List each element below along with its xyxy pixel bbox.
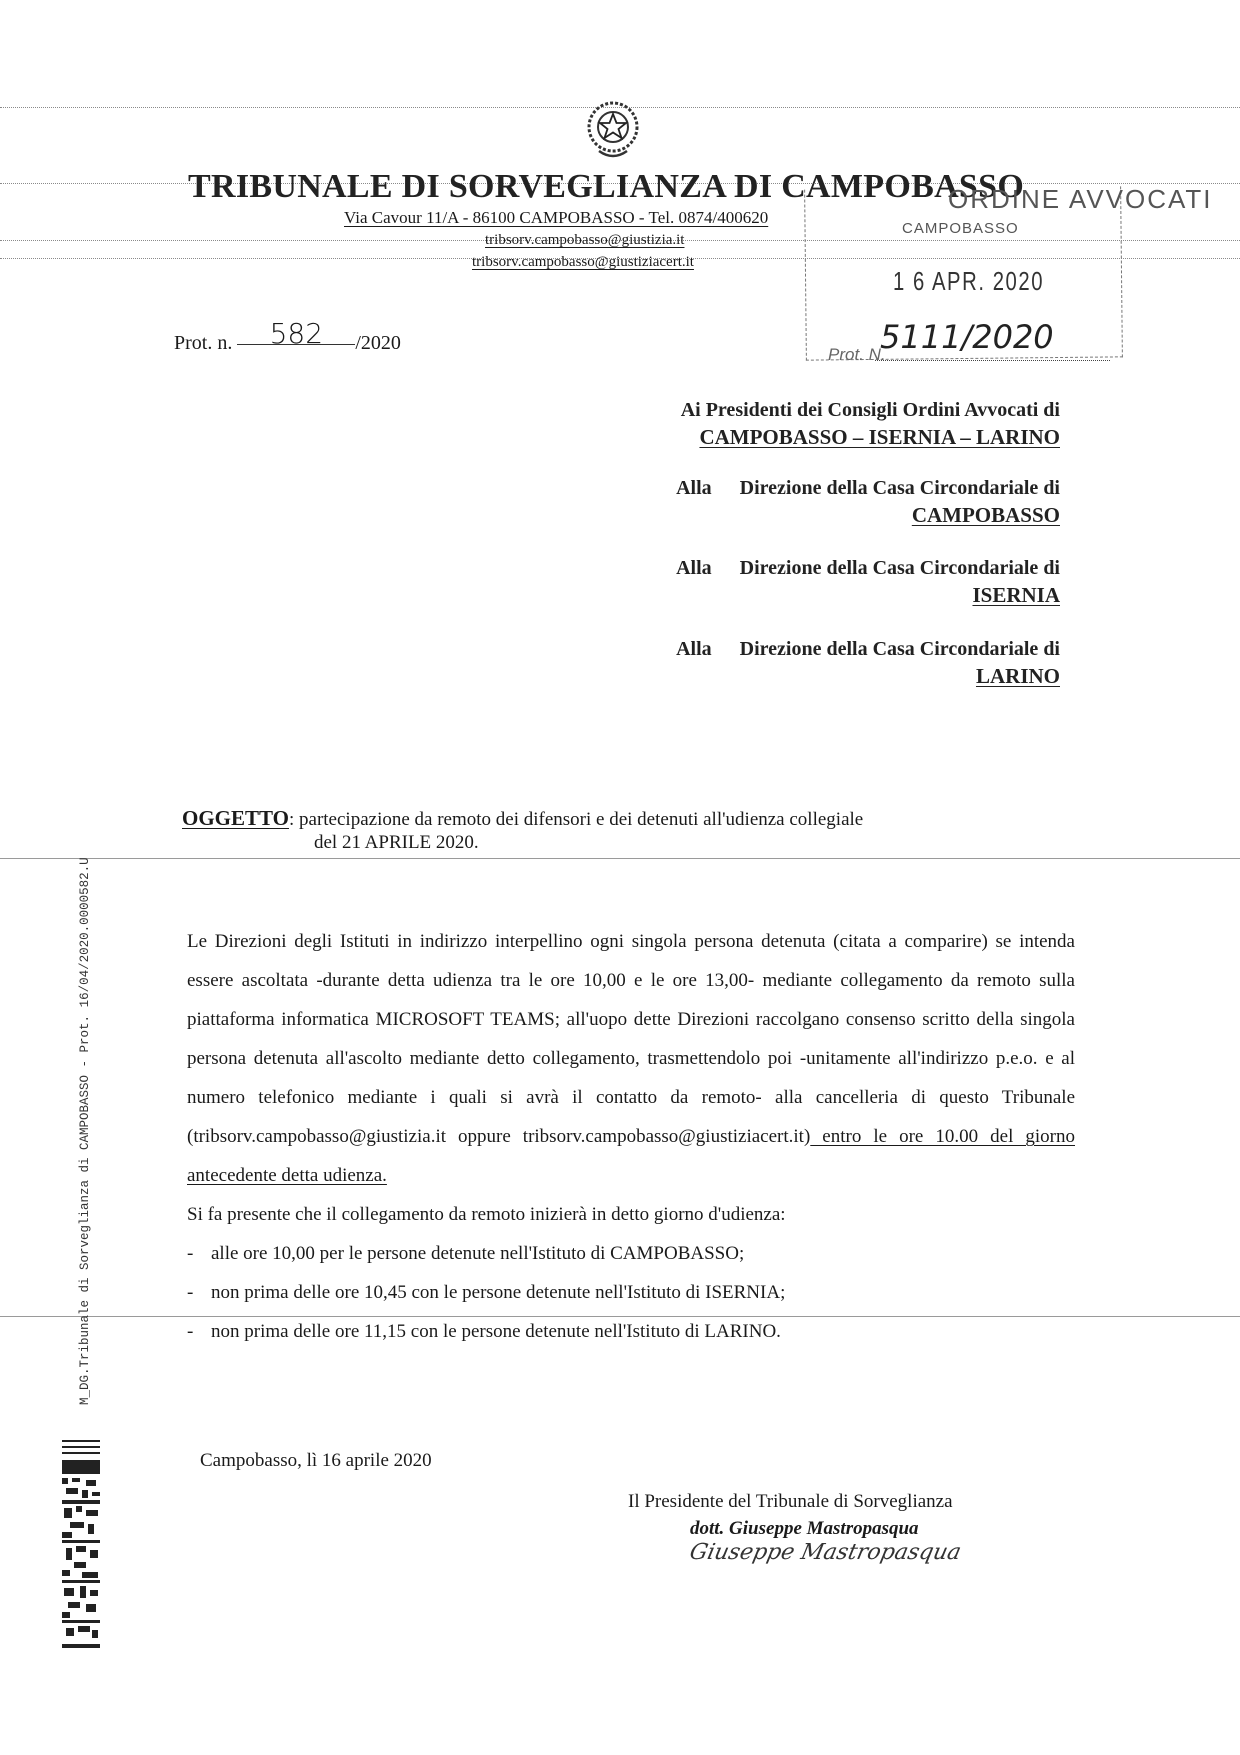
emblem-icon [585, 97, 641, 163]
subject-text-cont: del 21 APRILE 2020. [182, 831, 863, 854]
protocol-number: Prot. n. 582/2020 [174, 330, 401, 355]
recipient-city: CAMPOBASSO [676, 502, 1060, 529]
stamp-city: CAMPOBASSO [902, 220, 1019, 237]
stamp-dotted-line [875, 360, 1110, 361]
body-paragraph: Le Direzioni degli Istituti in indirizzo… [187, 922, 1075, 1195]
court-pec[interactable]: tribsorv.campobasso@giustiziacert.it [472, 254, 694, 271]
recipient-prefix: Alla [676, 475, 712, 502]
recipient-line: Direzione della Casa Circondariale di [740, 557, 1060, 579]
recipient-line: Direzione della Casa Circondariale di [740, 638, 1060, 660]
recipient-line: Ai Presidenti dei Consigli Ordini Avvoca… [681, 397, 1060, 424]
subject: OGGETTO: partecipazione da remoto dei di… [182, 807, 863, 854]
scan-line [0, 858, 1240, 859]
datamatrix-barcode-icon [62, 1440, 100, 1650]
schedule-item: non prima delle ore 11,15 con le persone… [187, 1312, 1075, 1351]
instructions-text: Le Direzioni degli Istituti in indirizzo… [187, 931, 1075, 1147]
place-and-date: Campobasso, lì 16 aprile 2020 [200, 1450, 432, 1472]
signatory-role: Il Presidente del Tribunale di Sorveglia… [628, 1491, 953, 1513]
subject-label: OGGETTO [182, 806, 289, 830]
stamp-org: ORDINE AVVOCATI [948, 184, 1213, 215]
letter-body: Le Direzioni degli Istituti in indirizzo… [187, 922, 1075, 1351]
court-email[interactable]: tribsorv.campobasso@giustizia.it [485, 232, 684, 249]
schedule-item: non prima delle ore 10,45 con le persone… [187, 1273, 1075, 1312]
handwritten-signature: Giuseppe Mastropasqua [687, 1540, 963, 1565]
recipient-city: ISERNIA [676, 582, 1060, 609]
registry-stamp-text: M_DG.Tribunale di Sorveglianza di CAMPOB… [78, 857, 92, 1405]
recipient-city: CAMPOBASSO – ISERNIA – LARINO [681, 424, 1060, 451]
recipient-city: LARINO [676, 663, 1060, 690]
body-paragraph: Si fa presente che il collegamento da re… [187, 1195, 1075, 1234]
stamp-date: 1 6 APR. 2020 [893, 266, 1044, 297]
court-address: Via Cavour 11/A - 86100 CAMPOBASSO - Tel… [344, 208, 768, 228]
recipient-prison-isernia: AllaDirezione della Casa Circondariale d… [676, 555, 1060, 609]
stamp-prot-label: Prot. N. [828, 345, 886, 365]
recipient-prison-larino: AllaDirezione della Casa Circondariale d… [676, 636, 1060, 690]
recipient-prefix: Alla [676, 636, 712, 663]
stamp-prot-number: 5111/2020 [880, 318, 1054, 356]
protocol-year: /2020 [355, 332, 401, 354]
recipient-prison-campobasso: AllaDirezione della Casa Circondariale d… [676, 475, 1060, 529]
signatory-name: dott. Giuseppe Mastropasqua [690, 1518, 919, 1540]
recipient-prefix: Alla [676, 555, 712, 582]
protocol-value: 582 [237, 324, 355, 345]
recipient-bar-councils: Ai Presidenti dei Consigli Ordini Avvoca… [681, 397, 1060, 451]
schedule-item: alle ore 10,00 per le persone detenute n… [187, 1234, 1075, 1273]
protocol-label: Prot. n. [174, 332, 232, 354]
recipient-line: Direzione della Casa Circondariale di [740, 477, 1060, 499]
schedule-list: alle ore 10,00 per le persone detenute n… [187, 1234, 1075, 1351]
subject-text: : partecipazione da remoto dei difensori… [289, 809, 863, 830]
